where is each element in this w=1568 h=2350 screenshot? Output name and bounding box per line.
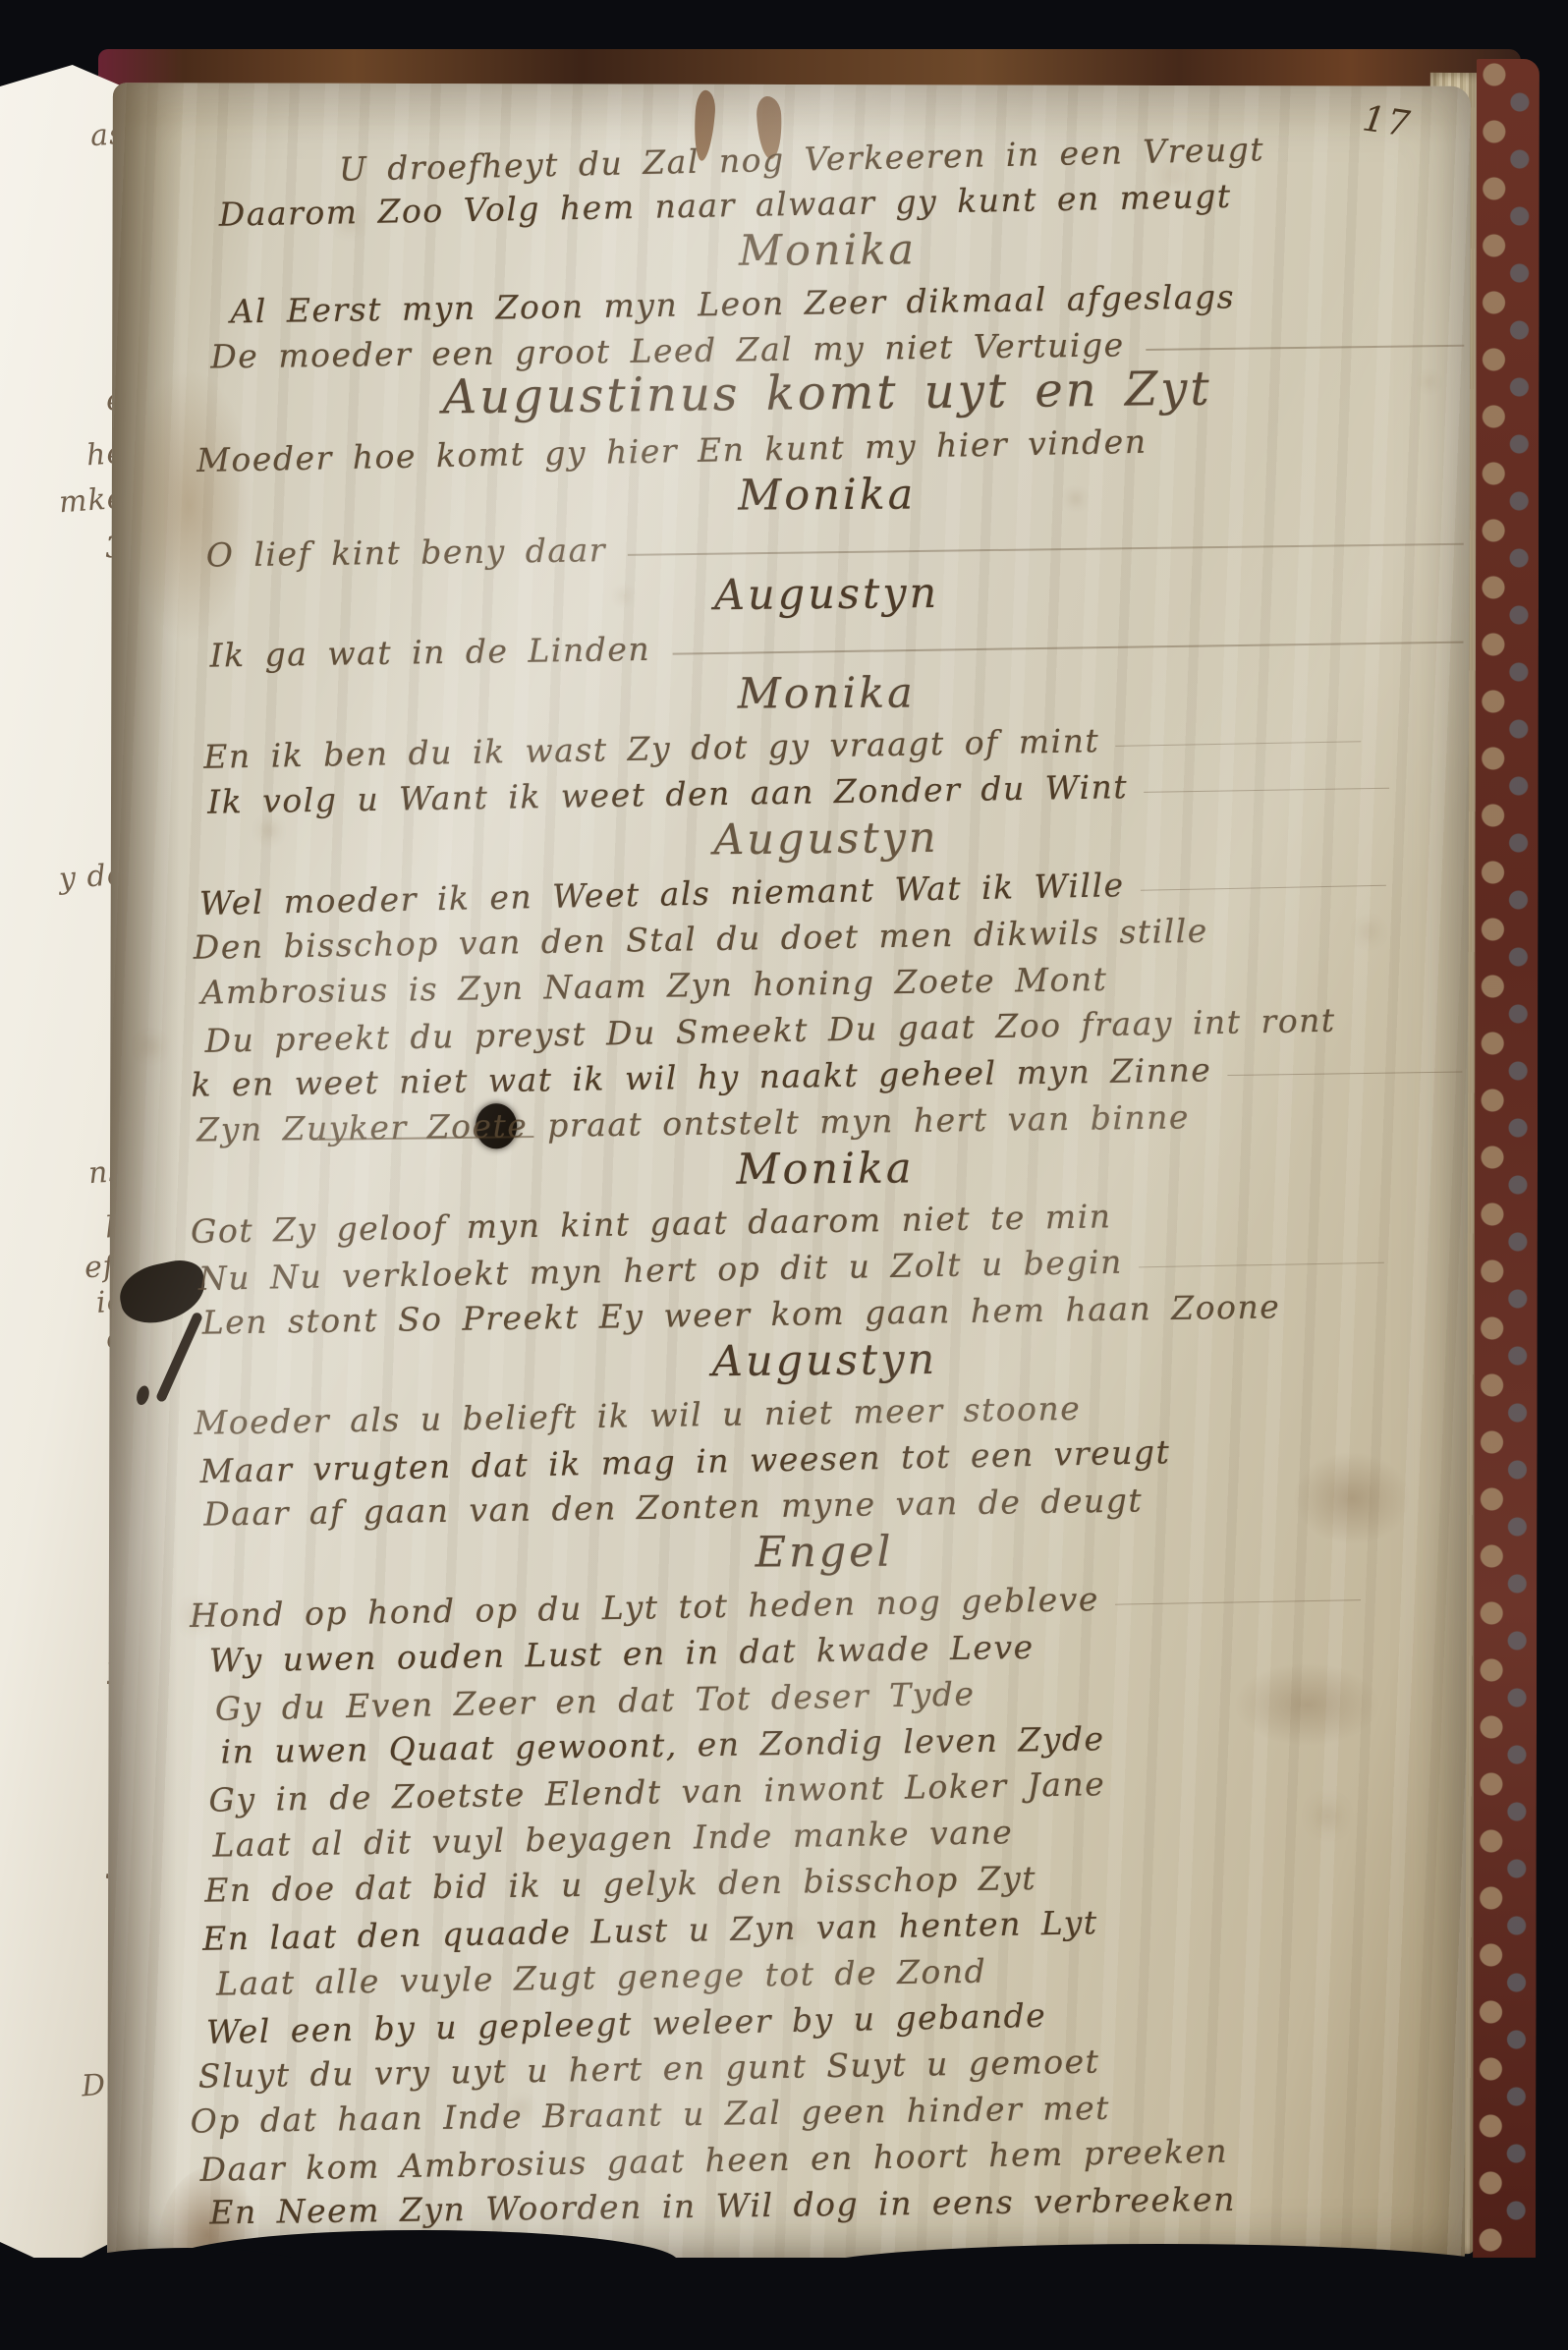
gutter-shadow <box>107 83 182 2271</box>
foxing-spots <box>113 83 115 84</box>
manuscript-text: U droefheyt du Zal nog Verkeeren in een … <box>186 128 1465 2224</box>
manuscript-page: 17 U droefheyt du Zal nog Verkeeren in e… <box>107 83 1471 2275</box>
photo-background <box>0 2258 1568 2350</box>
marbled-cover-right <box>1473 59 1540 2271</box>
ink-smear <box>135 1384 151 1406</box>
photo-of-manuscript: as)ehemke3ty denshefiieey3kDe 17 U droef… <box>0 0 1568 2350</box>
